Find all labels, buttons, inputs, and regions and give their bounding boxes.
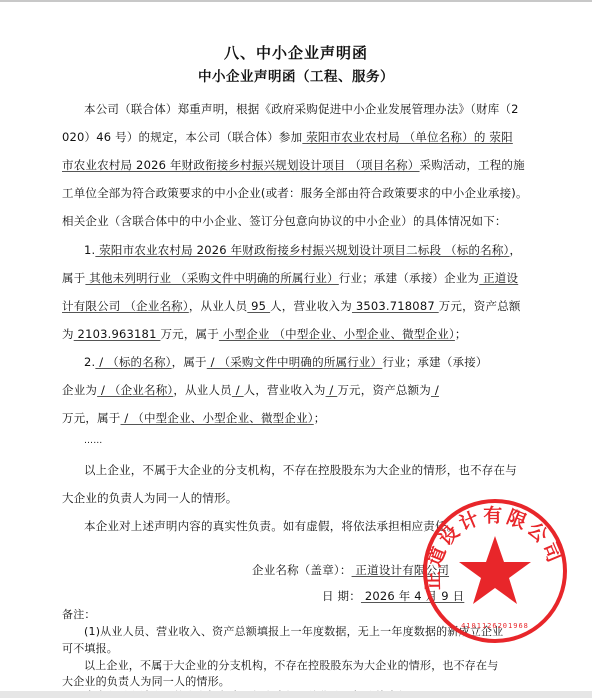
intro-line-5: 相关企业（含联合体中的中小企业、签订分包意向协议的中小企业）的具体情况如下： bbox=[62, 213, 507, 229]
item1-line-2: 属于 其他未列明行业 （采购文件中明确的所属行业）行业；承建（承接）企业为 正道… bbox=[62, 270, 518, 286]
project-name-field: 市农业农村局 2026 年财政衔接乡村振兴规划设计项目 （项目名称） bbox=[62, 158, 420, 172]
item2-company: / （企业名称） bbox=[97, 383, 173, 397]
item2-staff: / bbox=[232, 383, 244, 397]
intro-line-3: 市农业农村局 2026 年财政衔接乡村振兴规划设计项目 （项目名称）采购活动，工… bbox=[62, 157, 525, 173]
item1-company-part2: 计有限公司 （企业名称） bbox=[62, 299, 189, 313]
ellipsis: …… bbox=[84, 436, 102, 446]
item2-lot-name: / （标的名称） bbox=[95, 355, 171, 369]
item1-staff: 95 bbox=[247, 299, 270, 313]
item1-industry: 其他未列明行业 （采购文件中明确的所属行业） bbox=[85, 271, 338, 285]
signature-date: 2026 年 4 月 9 日 bbox=[361, 589, 464, 603]
item2-size: / （中型企业、小型企业、微型企业） bbox=[121, 411, 314, 425]
item1-size: 小型企业 （中型企业、小型企业、微型企业） bbox=[219, 327, 455, 341]
para-a-line-1: 以上企业，不属于大企业的分支机构，不存在控股股东为大企业的情形，也不存在与 bbox=[84, 462, 517, 478]
item1-line-3: 计有限公司 （企业名称），从业人员 95 人，营业收入为 3503.718087… bbox=[62, 298, 521, 314]
item1-line-1: 1. 荥阳市农业农村局 2026 年财政衔接乡村振兴规划设计项目二标段 （标的名… bbox=[84, 242, 521, 258]
note-2-line-2: 大企业的负责人为同一人的情形。 bbox=[62, 673, 230, 689]
signature-company-line: 企业名称（盖章）： 正道设计有限公司 bbox=[252, 562, 449, 578]
document-page: 八、中小企业声明函 中小企业声明函（工程、服务） 本公司（联合体）郑重声明，根据… bbox=[0, 0, 592, 690]
intro-line-1: 本公司（联合体）郑重声明，根据《政府采购促进中小企业发展管理办法》（财库（2 bbox=[84, 101, 519, 117]
page-bottom-bar bbox=[0, 691, 592, 698]
item2-line-1: 2. / （标的名称），属于 / （采购文件中明确的所属行业）行业；承建（承接） bbox=[84, 354, 488, 370]
declaration-subtitle: 中小企业声明函（工程、服务） bbox=[0, 65, 592, 85]
item2-line-3: 万元，属于 / （中型企业、小型企业、微型企业）； bbox=[62, 410, 325, 426]
intro-line-4: 工单位全部为符合政策要求的中小企业(或者：服务全部由符合政策要求的中小企业承接)… bbox=[62, 185, 528, 201]
note-1-line-2: 可不填报。 bbox=[62, 640, 118, 656]
signature-date-line: 日 期： 2026 年 4 月 9 日 bbox=[322, 588, 464, 604]
signature-company: 正道设计有限公司 bbox=[352, 563, 449, 577]
purchaser-field: 荥阳市农业农村局 （单位名称）的 荥阳 bbox=[302, 130, 512, 144]
para-b: 本企业对上述声明内容的真实性负责。如有虚假，将依法承担相应责任。 bbox=[84, 518, 458, 534]
item1-company-part1: 正道设 bbox=[479, 271, 518, 285]
item1-assets: 2103.963181 bbox=[74, 327, 161, 341]
note-1-line-1: (1)从业人员、营业收入、资产总额填报上一年度数据，无上一年度数据的新成立企业 bbox=[84, 623, 503, 639]
item2-revenue: / bbox=[326, 383, 338, 397]
item1-line-4: 为 2103.963181 万元，属于 小型企业 （中型企业、小型企业、微型企业… bbox=[62, 326, 467, 342]
note-2-line-1: 以上企业，不属于大企业的分支机构，不存在控股股东为大企业的情形，也不存在与 bbox=[84, 657, 498, 673]
item2-assets: / bbox=[431, 383, 439, 397]
section-title: 八、中小企业声明函 bbox=[0, 42, 592, 63]
para-a-line-2: 大企业的负责人为同一人的情形。 bbox=[62, 490, 238, 506]
item1-revenue: 3503.718087 bbox=[352, 299, 439, 313]
intro-line-2: 020）46 号）的规定，本公司（联合体）参加 荥阳市农业农村局 （单位名称）的… bbox=[62, 129, 513, 145]
item2-industry: / （采购文件中明确的所属行业） bbox=[207, 355, 383, 369]
item2-line-2: 企业为 / （企业名称），从业人员 / 人，营业收入为 / 万元，资产总额为 / bbox=[62, 382, 439, 398]
item1-lot-name: 荥阳市农业农村局 2026 年财政衔接乡村振兴规划设计项目二标段 （标的名称） bbox=[95, 243, 509, 257]
notes-title: 备注： bbox=[62, 606, 96, 622]
